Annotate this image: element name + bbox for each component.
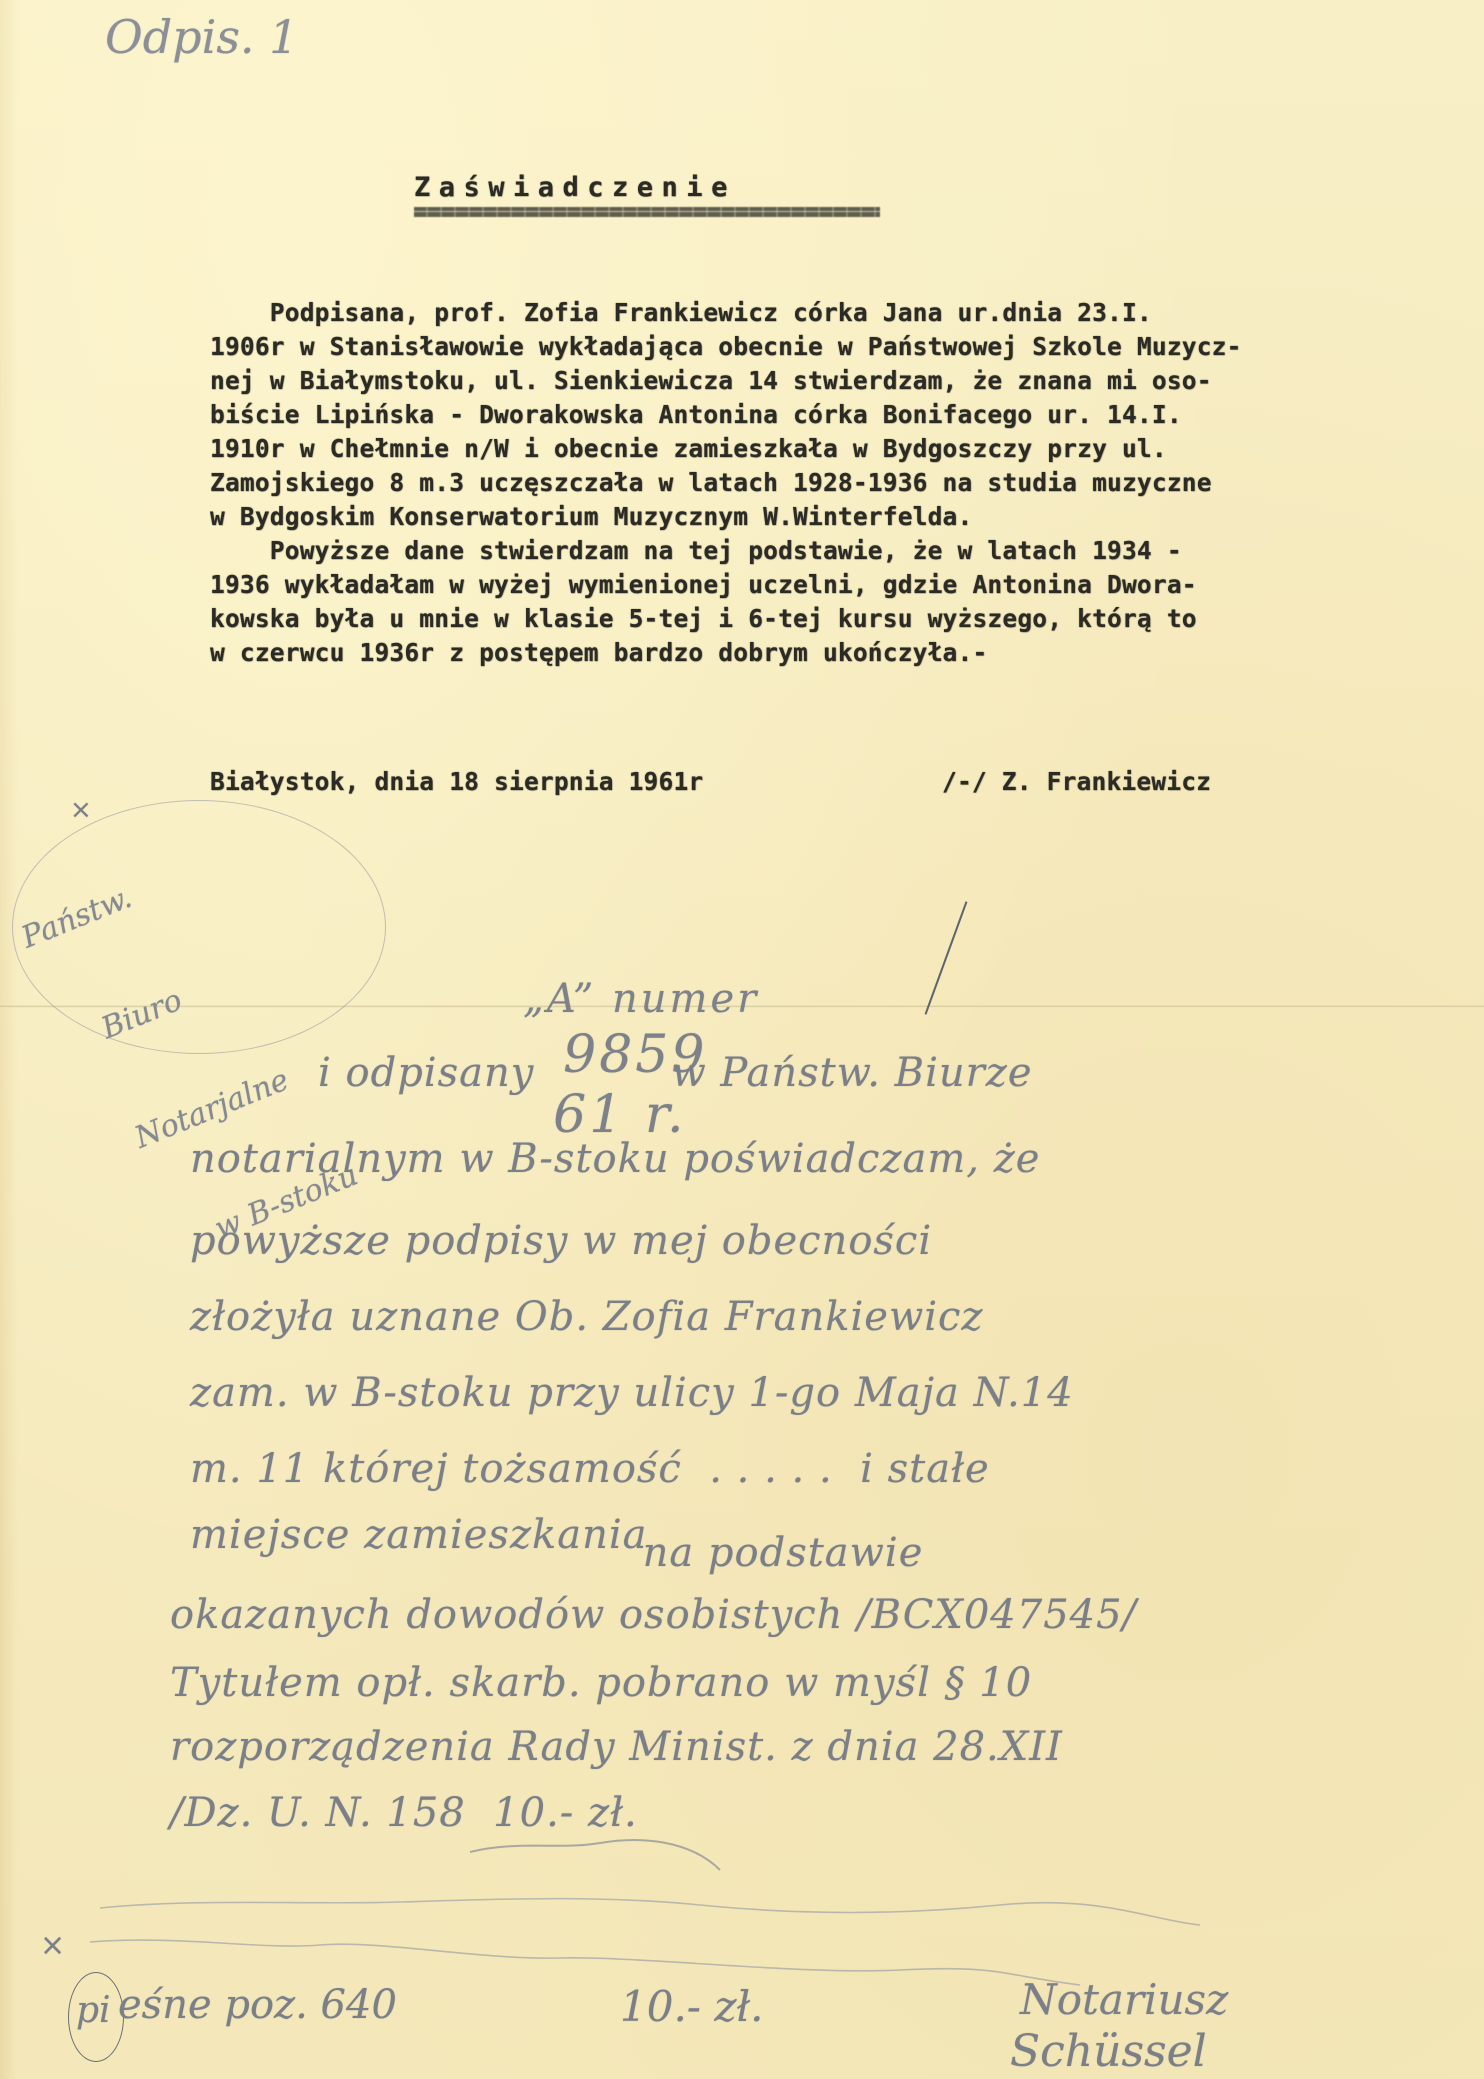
notary-name: Schüssel <box>1010 2026 1207 2077</box>
pencil-cancel-strokes <box>0 0 1484 2079</box>
x-mark-icon: × <box>40 1928 65 1963</box>
document-page: Odpis. 1 Zaświadczenie Podpisana, prof. … <box>0 0 1484 2079</box>
notary-title: Notariusz <box>1020 1975 1228 2024</box>
fee-prefix: pi <box>76 1990 111 2031</box>
fee-label: eśne poz. 640 <box>118 1982 397 2028</box>
fee-amount: 10.- zł. <box>620 1982 763 2031</box>
